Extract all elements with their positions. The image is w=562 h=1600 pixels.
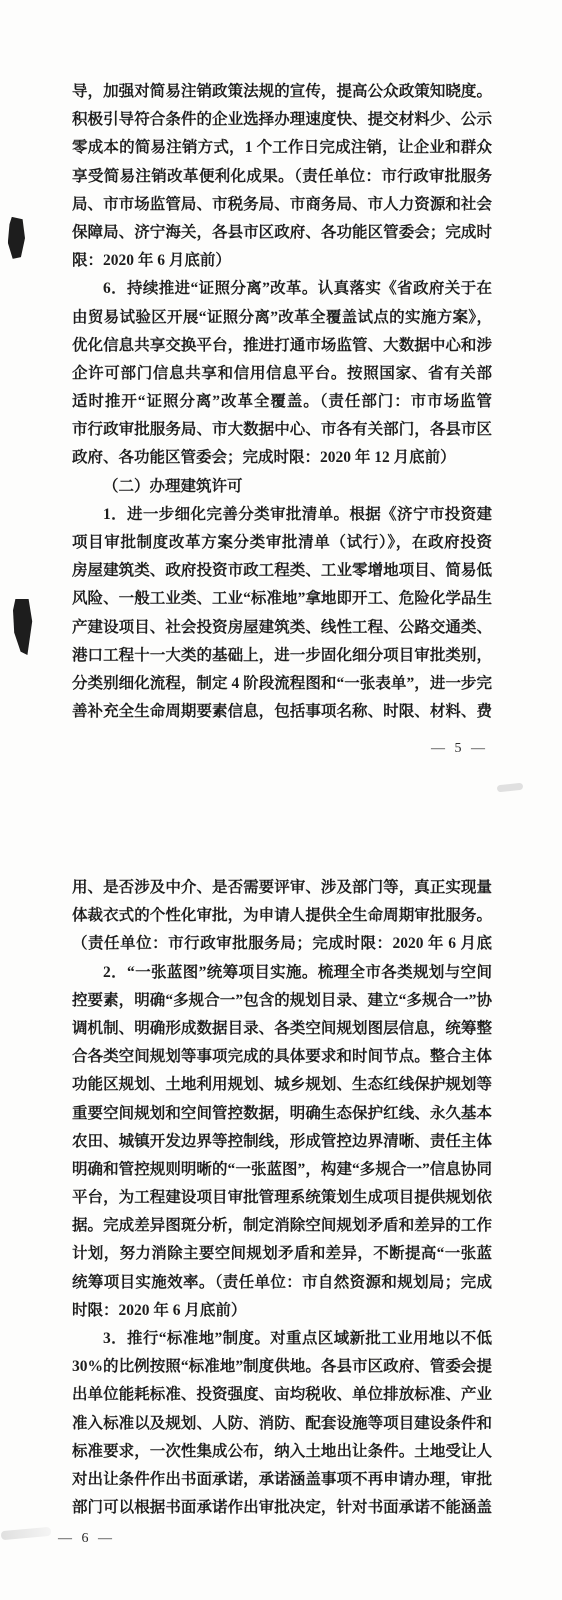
text-line: 享受简易注销改革便利化成果。（责任单位：市行政审批服务 [72, 163, 492, 191]
text-line: 零成本的简易注销方式，1 个工作日完成注销，让企业和群众 [72, 134, 492, 162]
text-line: 港口工程十一大类的基础上，进一步固化细分项目审批类别， [72, 642, 492, 670]
text-line: 对出让条件作出书面承诺，承诺涵盖事项不再申请办理，审批 [72, 1466, 492, 1494]
text-line: 1．进一步细化完善分类审批清单。根据《济宁市投资建设 [72, 501, 492, 529]
text-line: 计划，努力消除主要空间规划矛盾和差异，不断提高“一张蓝图” [72, 1240, 492, 1268]
text-line: 3．推行“标准地”制度。对重点区域新批工业用地以不低于 [72, 1325, 492, 1353]
text-line: 房屋建筑类、政府投资市政工程类、工业零增地项目、简易低 [72, 557, 492, 585]
text-line: 风险、一般工业类、工业“标准地”拿地即开工、危险化学品生 [72, 585, 492, 613]
text-line: 保障局、济宁海关，各县市区政府、各功能区管委会；完成时 [72, 219, 492, 247]
page-number-5: — 5 — [431, 741, 488, 757]
text-line: 分类别细化流程，制定 4 阶段流程图和“一张表单”，进一步完 [72, 670, 492, 698]
text-line: 优化信息共享交换平台，推进打通市场监管、大数据中心和涉 [72, 332, 492, 360]
text-line: 积极引导符合条件的企业选择办理速度快、提交材料少、公示 [72, 106, 492, 134]
text-line: 30%的比例按照“标准地”制度供地。各县市区政府、管委会提 [72, 1353, 492, 1381]
text-line: 合各类空间规划等事项完成的具体要求和时间节点。整合主体 [72, 1043, 492, 1071]
text-line: 善补充全生命周期要素信息，包括事项名称、时限、材料、费 [72, 698, 492, 726]
text-line: 明确和管控规则明晰的“一张蓝图”，构建“多规合一”信息协同 [72, 1156, 492, 1184]
page-number-6: — 6 — [58, 1531, 115, 1547]
scan-smudge [497, 783, 524, 793]
text-line: 局、市市场监管局、市税务局、市商务局、市人力资源和社会 [72, 191, 492, 219]
text-line: 农田、城镇开发边界等控制线，形成管控边界清晰、责任主体 [72, 1128, 492, 1156]
text-line: 准入标准以及规划、人防、消防、配套设施等项目建设条件和 [72, 1410, 492, 1438]
text-line: 企许可部门信息共享和信用信息平台。按照国家、省有关部署， [72, 360, 492, 388]
text-line: 适时推开“证照分离”改革全覆盖。（责任部门：市市场监管局、 [72, 388, 492, 416]
text-line: 时限：2020 年 6 月底前） [72, 1297, 492, 1325]
text-line: 体裁衣式的个性化审批，为申请人提供全生命周期审批服务。 [72, 902, 492, 930]
text-line: 2．“一张蓝图”统筹项目实施。梳理全市各类规划与空间管 [72, 959, 492, 987]
scan-smudge [1, 1527, 52, 1540]
text-line: 控要素，明确“多规合一”包含的规划目录、建立“多规合一”协 [72, 987, 492, 1015]
text-line: 平台，为工程建设项目审批管理系统策划生成项目提供规划依 [72, 1184, 492, 1212]
ink-blot-mark [13, 599, 33, 655]
text-line: 由贸易试验区开展“证照分离”改革全覆盖试点的实施方案》， [72, 304, 492, 332]
text-line: （二）办理建筑许可 [72, 473, 492, 501]
text-line: 部门可以根据书面承诺作出审批决定，针对书面承诺不能涵盖 [72, 1494, 492, 1522]
text-line: 调机制、明确形成数据目录、各类空间规划图层信息，统筹整 [72, 1015, 492, 1043]
text-line: 产建设项目、社会投资房屋建筑类、线性工程、公路交通类、 [72, 614, 492, 642]
text-line: 标准要求，一次性集成公布，纳入土地出让条件。土地受让人 [72, 1438, 492, 1466]
text-line: 出单位能耗标准、投资强度、亩均税收、单位排放标准、产业 [72, 1381, 492, 1409]
text-line: （责任单位：市行政审批服务局；完成时限：2020 年 6 月底前） [72, 930, 492, 958]
text-line: 6．持续推进“证照分离”改革。认真落实《省政府关于在自 [72, 275, 492, 303]
text-line: 统筹项目实施效率。（责任单位：市自然资源和规划局；完成 [72, 1269, 492, 1297]
ink-blot-mark [7, 217, 25, 260]
page-5-text-block: 导，加强对简易注销政策法规的宣传，提高公众政策知晓度。积极引导符合条件的企业选择… [72, 78, 492, 726]
text-line: 重要空间规划和空间管控数据，明确生态保护红线、永久基本 [72, 1100, 492, 1128]
text-line: 据。完成差异图斑分析，制定消除空间规划矛盾和差异的工作 [72, 1212, 492, 1240]
text-line: 导，加强对简易注销政策法规的宣传，提高公众政策知晓度。 [72, 78, 492, 106]
text-line: 限：2020 年 6 月底前） [72, 247, 492, 275]
text-line: 用、是否涉及中介、是否需要评审、涉及部门等，真正实现量 [72, 874, 492, 902]
text-line: 市行政审批服务局、市大数据中心、市各有关部门，各县市区 [72, 416, 492, 444]
page-6-text-block: 用、是否涉及中介、是否需要评审、涉及部门等，真正实现量体裁衣式的个性化审批，为申… [72, 874, 492, 1522]
text-line: 项目审批制度改革方案分类审批清单（试行）》，在政府投资 [72, 529, 492, 557]
text-line: 政府、各功能区管委会；完成时限：2020 年 12 月底前） [72, 444, 492, 472]
text-line: 功能区规划、土地利用规划、城乡规划、生态红线保护规划等 [72, 1071, 492, 1099]
scanned-document: 导，加强对简易注销政策法规的宣传，提高公众政策知晓度。积极引导符合条件的企业选择… [0, 0, 562, 1600]
